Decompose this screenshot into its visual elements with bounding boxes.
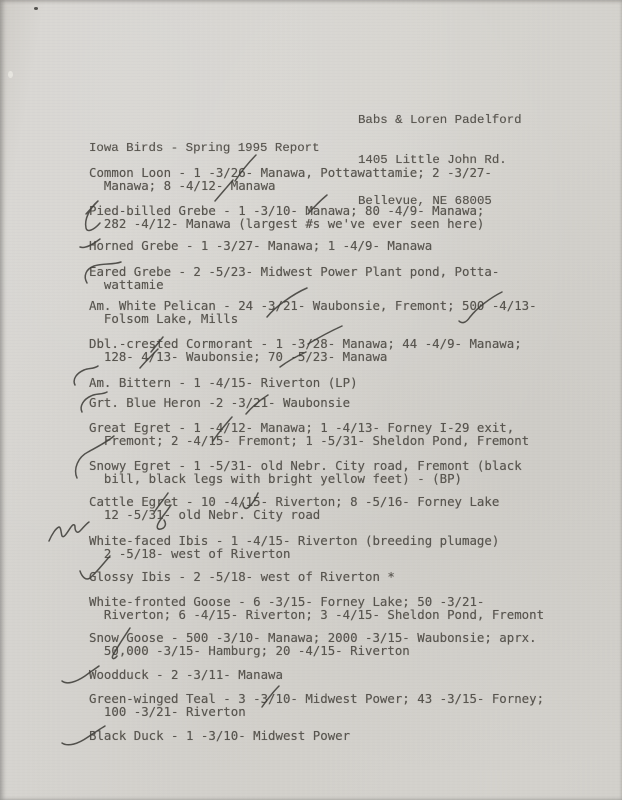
bird-entry: Woodduck - 2 -3/11- Manawa: [89, 669, 283, 682]
bird-entry: Green-winged Teal - 3 -3/10- Midwest Pow…: [89, 693, 544, 718]
bird-entry: White-fronted Goose - 6 -3/15- Forney La…: [89, 596, 544, 621]
report-title: Iowa Birds - Spring 1995 Report: [89, 142, 320, 155]
bird-entry: Am. White Pelican - 24 -3/21- Waubonsie,…: [89, 300, 537, 325]
double-check-white-faced-ibis: [49, 522, 89, 541]
paper-speck-light: [8, 71, 13, 78]
bird-entry: Common Loon - 1 -3/26- Manawa, Pottawatt…: [89, 167, 492, 192]
bird-entry: Pied-billed Grebe - 1 -3/10- Manawa; 80 …: [89, 205, 484, 230]
bird-entry: Grt. Blue Heron -2 -3/21- Waubonsie: [89, 397, 350, 410]
bird-entry: Snowy Egret - 1 -5/31- old Nebr. City ro…: [89, 460, 522, 485]
sender-name: Babs & Loren Padelford: [358, 113, 522, 128]
bird-entry: Black Duck - 1 -3/10- Midwest Power: [89, 730, 350, 743]
bird-entry: Snow Goose - 500 -3/10- Manawa; 2000 -3/…: [89, 632, 537, 657]
bird-entry: Am. Bittern - 1 -4/15- Riverton (LP): [89, 377, 358, 390]
bird-entry: Glossy Ibis - 2 -5/18- west of Riverton …: [89, 571, 395, 584]
bird-entry: Dbl.-crested Cormorant - 1 -3/28- Manawa…: [89, 338, 522, 363]
paper-speck-dark: [34, 7, 38, 10]
bird-entry: Great Egret - 1 -4/12- Manawa; 1 -4/13- …: [89, 422, 529, 447]
bird-entry: Eared Grebe - 2 -5/23- Midwest Power Pla…: [89, 266, 499, 291]
scanned-letter-page: Babs & Loren Padelford 1405 Little John …: [0, 0, 622, 800]
bird-entry: White-faced Ibis - 1 -4/15- Riverton (br…: [89, 535, 499, 560]
bird-entry: Horned Grebe - 1 -3/27- Manawa; 1 -4/9- …: [89, 240, 432, 253]
bird-entry: Cattle Egret - 10 -4/15- Riverton; 8 -5/…: [89, 496, 499, 521]
